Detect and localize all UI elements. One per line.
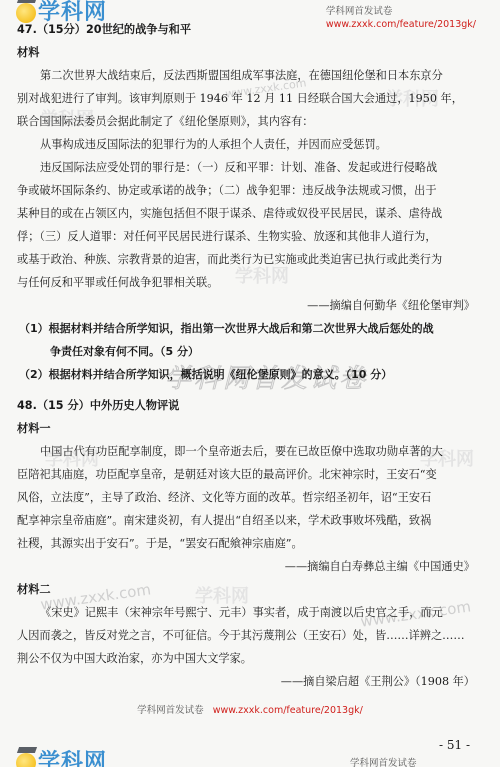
- q47-line: 某种目的或在占领区内，实施包括但不限于谋杀、虐待或奴役平民居民，谋杀、虐待战: [17, 203, 475, 226]
- q48-m1-line: 中国古代有功臣配享制度，即一个皇帝逝去后，要在已故臣僚中选取功勋卓著的大: [17, 441, 498, 464]
- q48-m2-line: 荆公不仅为中国大政治家，亦为中国大文学家。: [17, 648, 475, 671]
- footer-title: 学科网首发试卷: [137, 705, 204, 716]
- q48-material1-source: ——摘编自白寿彝总主编《中国通史》: [17, 556, 493, 579]
- q47-line: 俘；（三）反人道罪：对任何平民居民进行谋杀、生物实验、放逐和其他非人道行为，: [17, 226, 475, 249]
- q48-title: 48.（15 分）中外历史人物评说: [17, 395, 475, 418]
- q47-title: 47.（15分）20世纪的战争与和平: [17, 19, 475, 42]
- q47-line: 与任何反和平罪或任何战争犯罪相关联。: [17, 272, 475, 295]
- q48-m2-line: 《宋史》记熙丰（宋神宗年号熙宁、元丰）事实者，成于南渡以后史官之手，而元: [17, 602, 498, 625]
- q47-question-1-cont: 争责任对象有何不同。（5 分）: [17, 341, 500, 364]
- q48-m1-line: 臣陪祀其庙庭，功臣配享皇帝，是朝廷对该大臣的最高评价。北宋神宗时，王安石“变: [17, 464, 475, 487]
- mascot-icon: [16, 753, 36, 767]
- q47-line: 联合国国际法委员会据此制定了《纽伦堡原则》，其内容有：: [17, 111, 475, 134]
- footer-source: 学科网首发试卷 www.zxxk.com/feature/2013gk/: [0, 702, 500, 716]
- q48-material2-label: 材料二: [17, 579, 475, 602]
- q47-question-2: （2）根据材料并结合所学知识，概括说明《纽伦堡原则》的意义。（10 分）: [17, 364, 477, 387]
- site-logo-bottom: 学科网: [16, 752, 107, 767]
- q48-material2-source: ——摘自梁启超《王荆公》（1908 年）: [17, 671, 493, 694]
- q48-m1-line: 社稷，其源实出于安石”。于是，“罢安石配飨神宗庙庭”。: [17, 533, 475, 556]
- q47-line: 别对战犯进行了审判。该审判原则于 1946 年 12 月 11 日经联合国大会通…: [17, 88, 475, 111]
- q47-line: 从事构成违反国际法的犯罪行为的人承担个人责任，并因而应受惩罚。: [17, 134, 498, 157]
- q47-line: 或基于政治、种族、宗教背景的迫害，而此类行为已实施或此类迫害已执行或此类行为: [17, 249, 475, 272]
- q48-m2-line: 人因而袭之，皆反对党之言，不可征信。今于其污蔑荆公（王安石）处，皆……详辨之……: [17, 625, 475, 648]
- q47-line: 违反国际法应受处罚的罪行是：（一）反和平罪：计划、准备、发起或进行侵略战: [17, 157, 498, 180]
- q48-m1-line: 配享神宗皇帝庙庭”。南宋建炎初，有人提出“自绍圣以来，学术政事败坏残酷，致祸: [17, 510, 475, 533]
- q48-m1-line: 风俗，立法度”，主导了政治、经济、文化等方面的改革。哲宗绍圣初年，诏“王安石: [17, 487, 475, 510]
- q47-source: ——摘编自何勤华《纽伦堡审判》: [17, 295, 493, 318]
- header-title: 学科网首发试卷: [326, 5, 476, 18]
- footer-right-title: 学科网首发试卷: [350, 755, 417, 767]
- q47-line: 第二次世界大战结束后，反法西斯盟国组成军事法庭，在德国纽伦堡和日本东京分: [17, 65, 498, 88]
- footer-url: www.zxxk.com/feature/2013gk/: [213, 705, 363, 716]
- q48-material1-label: 材料一: [17, 418, 475, 441]
- q47-line: 争或破坏国际条约、协定或承诺的战争；（二）战争犯罪：违反战争法规或习惯，出于: [17, 180, 475, 203]
- exam-page: 学科网 学科网首发试卷 www.zxxk.com/feature/2013gk/…: [0, 0, 500, 767]
- q47-material-label: 材料: [17, 42, 475, 65]
- page-number: - 51 -: [439, 738, 470, 752]
- q47-question-1: （1）根据材料并结合所学知识，指出第一次世界大战后和第二次世界大战后惩处的战: [17, 318, 477, 341]
- logo-text: 学科网: [38, 752, 107, 767]
